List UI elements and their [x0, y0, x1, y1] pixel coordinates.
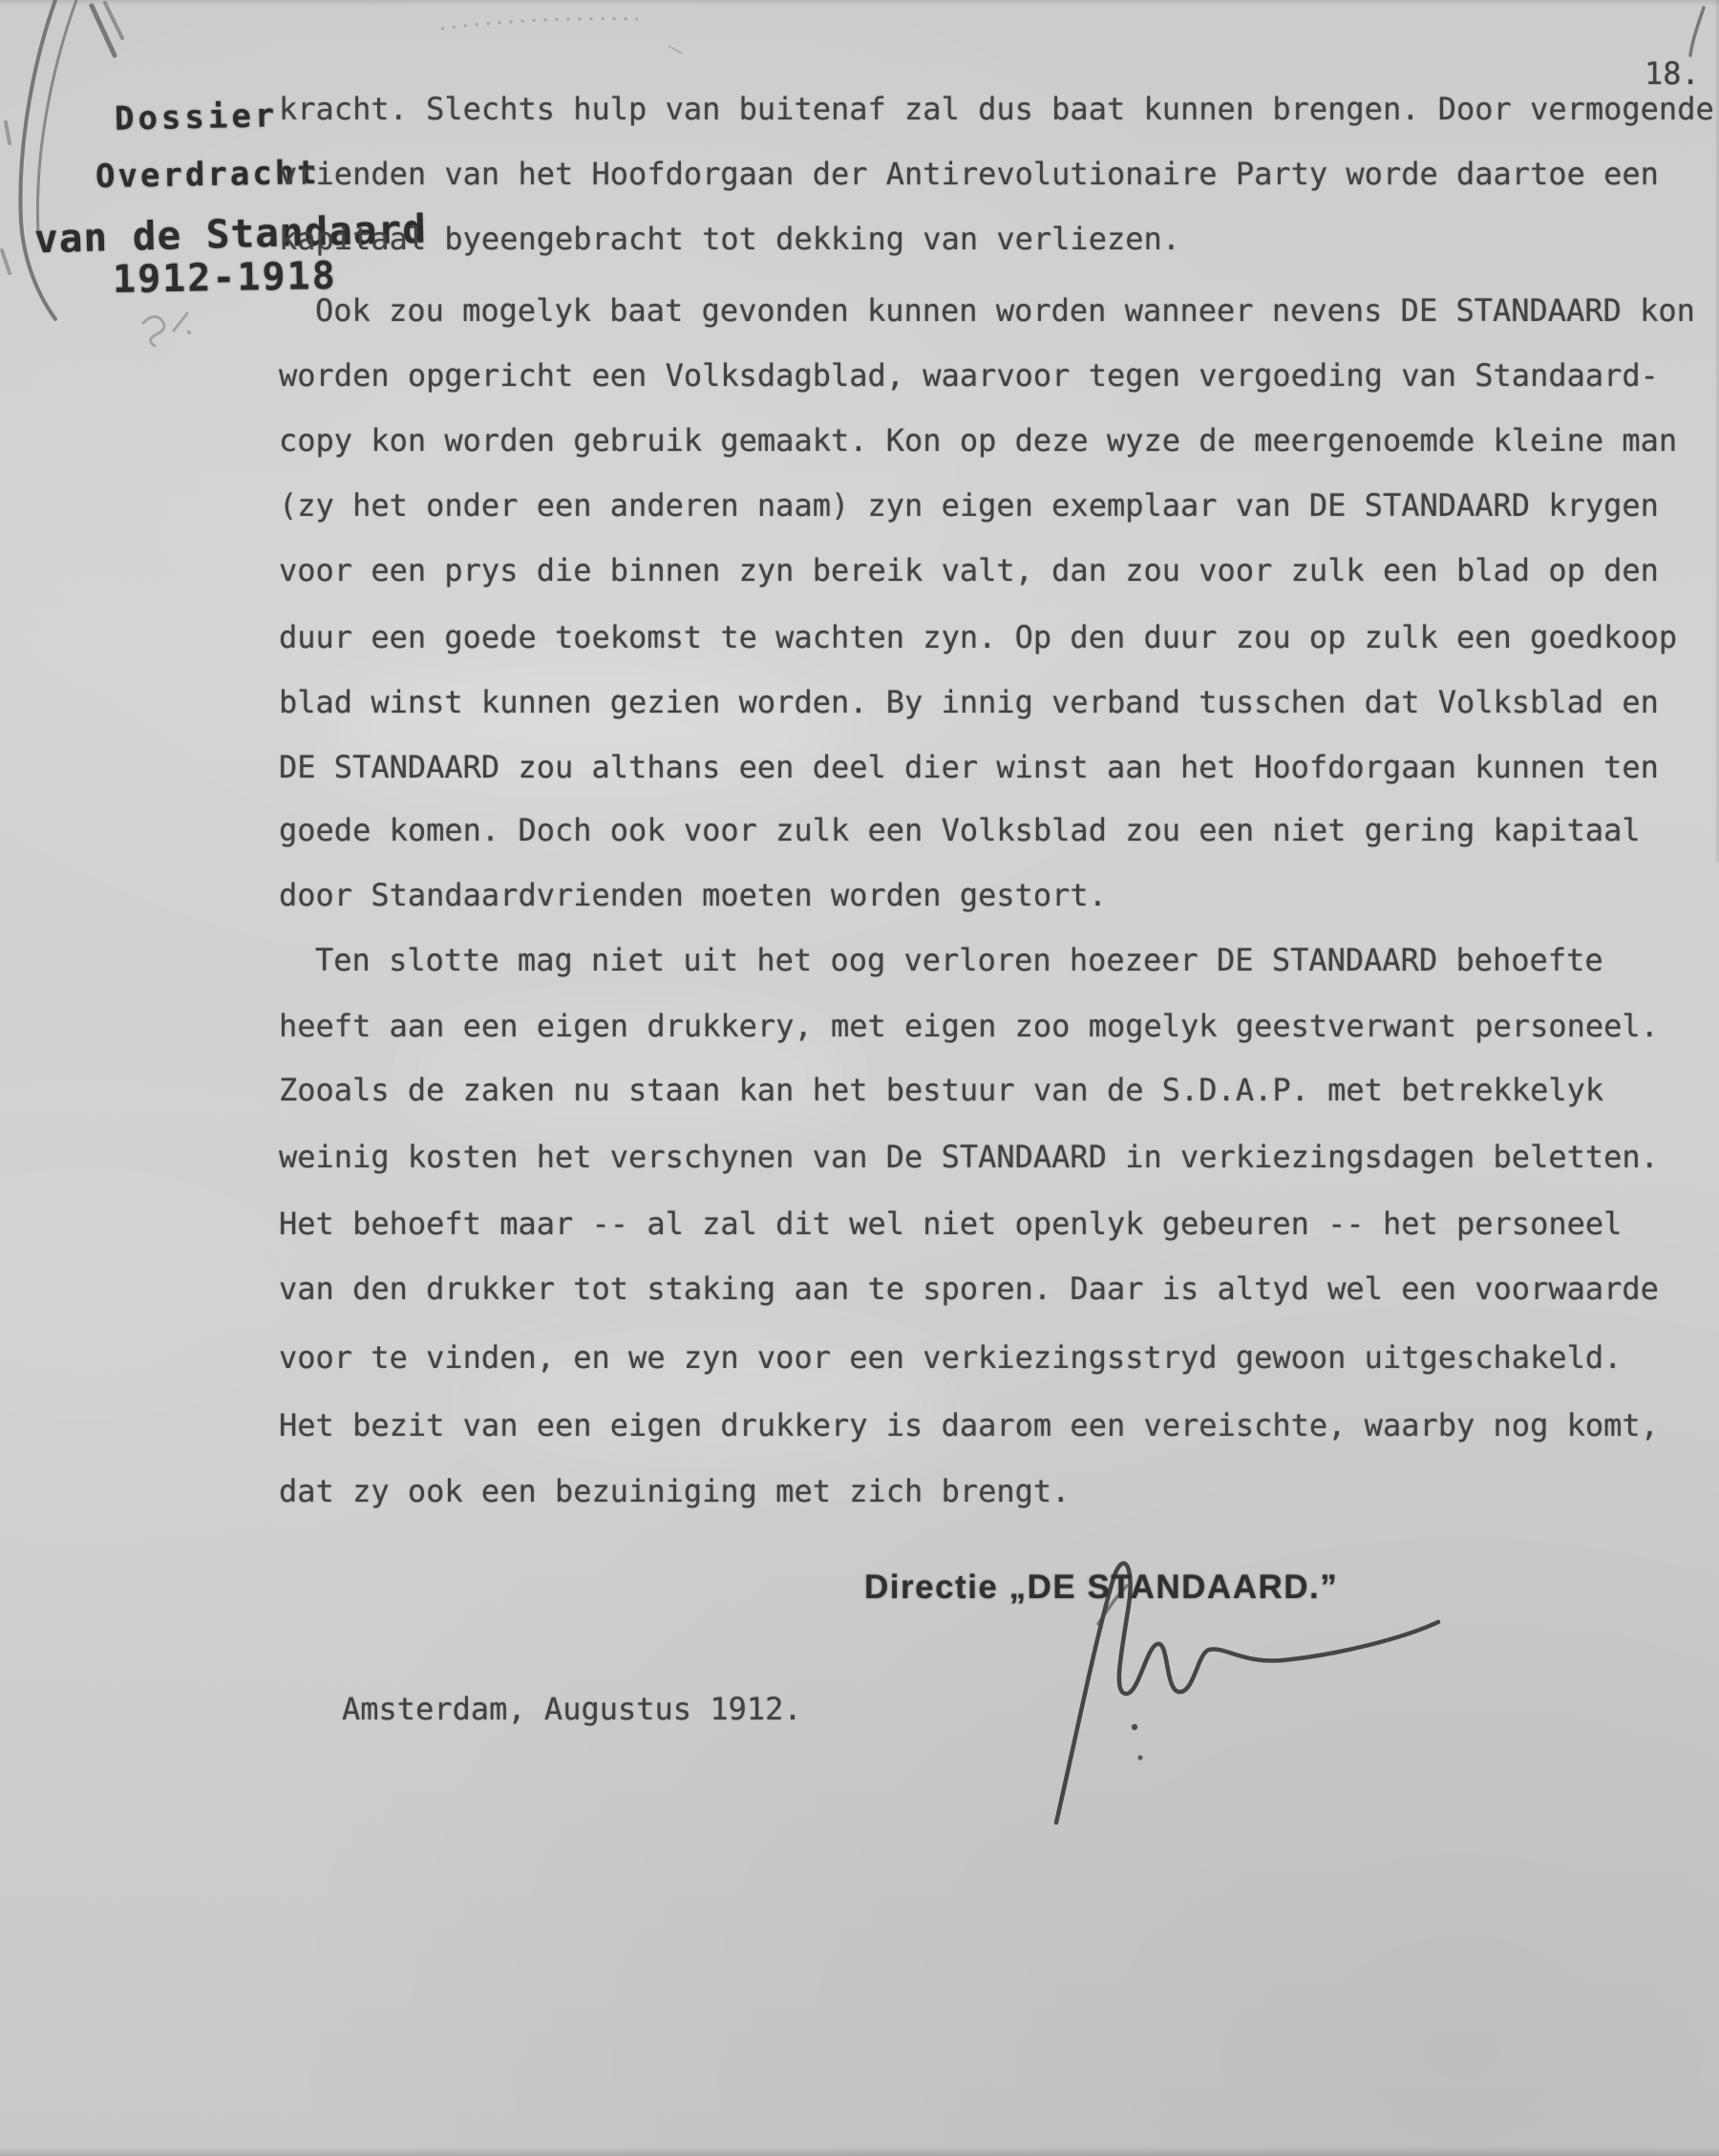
place-date-line: Amsterdam, Augustus 1912. [342, 1691, 802, 1727]
scanned-letter-page: 18. Dossier Overdracht van de Standaard … [0, 0, 1719, 2156]
handwritten-signature [0, 0, 1719, 2156]
